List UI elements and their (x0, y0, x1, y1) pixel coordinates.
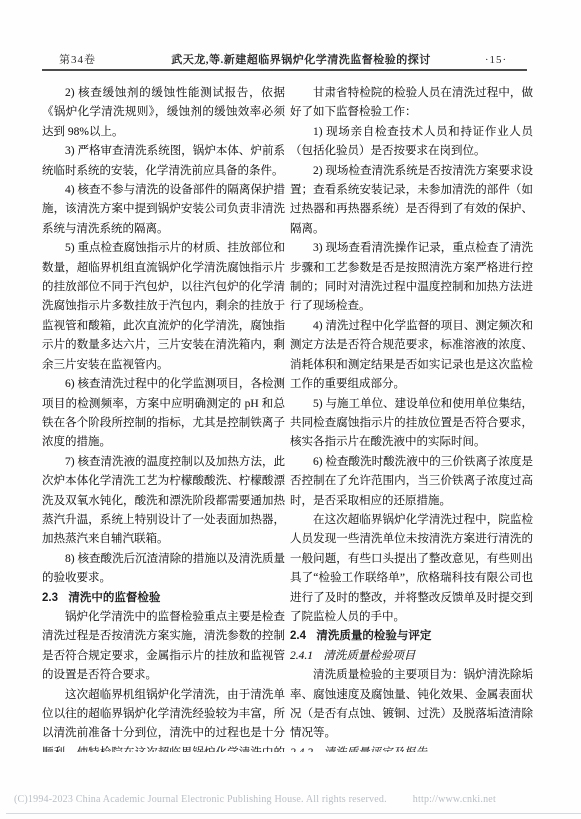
paragraph: 3) 现场查看清洗操作记录，重点检查了清洗步骤和工艺参数是否是按照清洗方案严格进… (290, 239, 533, 317)
paragraph: 甘肃省特检院的检验人员在清洗过程中，做好了如下监督检验工作： (290, 84, 533, 123)
section-number: 2.4 (290, 630, 306, 642)
section-title: 清洗中的监督检验 (68, 592, 160, 604)
paragraph: 锅炉化学清洗中的监督检验重点主要是检查清洗过程是否按清洗方案实施，清洗参数的控制… (42, 608, 285, 686)
paragraph: 8) 核查酸洗后沉渣清除的措施以及清洗质量的验收要求。 (42, 550, 285, 589)
paragraph: 3) 严格审查清洗系统图，锅炉本体、炉前系统临时系统的安装，化学清洗前应具备的条… (42, 142, 285, 181)
paragraph: 1) 现场亲自检查技术人员和持证作业人员（包括化验员）是否按要求在岗到位。 (290, 123, 533, 162)
volume-label: 第34卷 (42, 51, 137, 67)
paragraph: 这次超临界机组锅炉化学清洗，由于清洗单位以往的超临界锅炉化学清洗经验较为丰富，所… (42, 686, 285, 752)
paragraph: 5) 与施工单位、建设单位和使用单位集结，共同检查腐蚀指示片的挂放位置是否符合要… (290, 395, 533, 453)
header-divider (42, 69, 527, 71)
subsection-heading-2-4-2: 2.4.2清洗质量评定及报告 (290, 744, 533, 752)
section-heading-2-3: 2.3清洗中的监督检验 (42, 589, 285, 608)
journal-page: 第34卷 武天龙,等.新建超临界锅炉化学清洗监督检验的探讨 ·15· 2) 核查… (0, 0, 581, 819)
paragraph: 2) 核查缓蚀剂的缓蚀性能测试报告，依据《锅炉化学清洗规则》，缓蚀剂的缓蚀效率必… (42, 84, 285, 142)
subsection-number: 2.4.2 (290, 747, 313, 752)
paragraph: 清洗质量检验的主要项目为：锅炉清洗除垢率、腐蚀速度及腐蚀量、钝化效果、金属表面状… (290, 666, 533, 744)
paragraph: 6) 核查清洗过程中的化学监测项目，各检测项目的检测频率，方案中应明确测定的 p… (42, 375, 285, 453)
section-title: 清洗质量的检验与评定 (316, 630, 431, 642)
subsection-heading-2-4-1: 2.4.1清洗质量检验项目 (290, 647, 533, 666)
running-header: 第34卷 武天龙,等.新建超临界锅炉化学清洗监督检验的探讨 ·15· (42, 51, 527, 67)
subsection-number: 2.4.1 (290, 650, 313, 662)
section-heading-2-4: 2.4清洗质量的检验与评定 (290, 627, 533, 646)
column-left: 2) 核查缓蚀剂的缓蚀性能测试报告，依据《锅炉化学清洗规则》，缓蚀剂的缓蚀效率必… (42, 84, 285, 752)
paragraph: 在这次超临界锅炉化学清洗过程中，院监检人员发现一些清洗单位未按清洗方案进行清洗的… (290, 511, 533, 627)
paragraph: 4) 核查不参与清洗的设备部件的隔离保护措施，该清洗方案中提到锅炉安装公司负责非… (42, 181, 285, 239)
paragraph: 4) 清洗过程中化学监督的项目、测定频次和测定方法是否符合规范要求，标准溶液的浓… (290, 317, 533, 395)
paragraph: 2) 现场检查清洗系统是否按清洗方案要求设置；查看系统安装记录，未参加清洗的部件… (290, 162, 533, 240)
footer-divider (6, 813, 581, 814)
running-title: 武天龙,等.新建超临界锅炉化学清洗监督检验的探讨 (137, 51, 465, 67)
cnki-url: http://www.cnki.net (413, 794, 496, 805)
paragraph: 6) 检查酸洗时酸洗液中的三价铁离子浓度是否控制在了允许范围内，当三价铁离子浓度… (290, 453, 533, 511)
section-number: 2.3 (42, 592, 58, 604)
subsection-title: 清洗质量检验项目 (323, 650, 415, 662)
paragraph: 7) 核查清洗液的温度控制以及加热方法，此次炉本体化学清洗工艺为柠檬酸酸洗、柠檬… (42, 453, 285, 550)
page-number: ·15· (465, 54, 527, 66)
cnki-footer: (C)1994-2023 China Academic Journal Elec… (14, 794, 496, 805)
paragraph: 5) 重点检查腐蚀指示片的材质、挂放部位和数量，超临界机组直流锅炉化学清洗腐蚀指… (42, 239, 285, 375)
copyright-text: (C)1994-2023 China Academic Journal Elec… (14, 794, 387, 805)
subsection-title: 清洗质量评定及报告 (323, 747, 427, 752)
column-right: 甘肃省特检院的检验人员在清洗过程中，做好了如下监督检验工作： 1) 现场亲自检查… (290, 84, 533, 752)
